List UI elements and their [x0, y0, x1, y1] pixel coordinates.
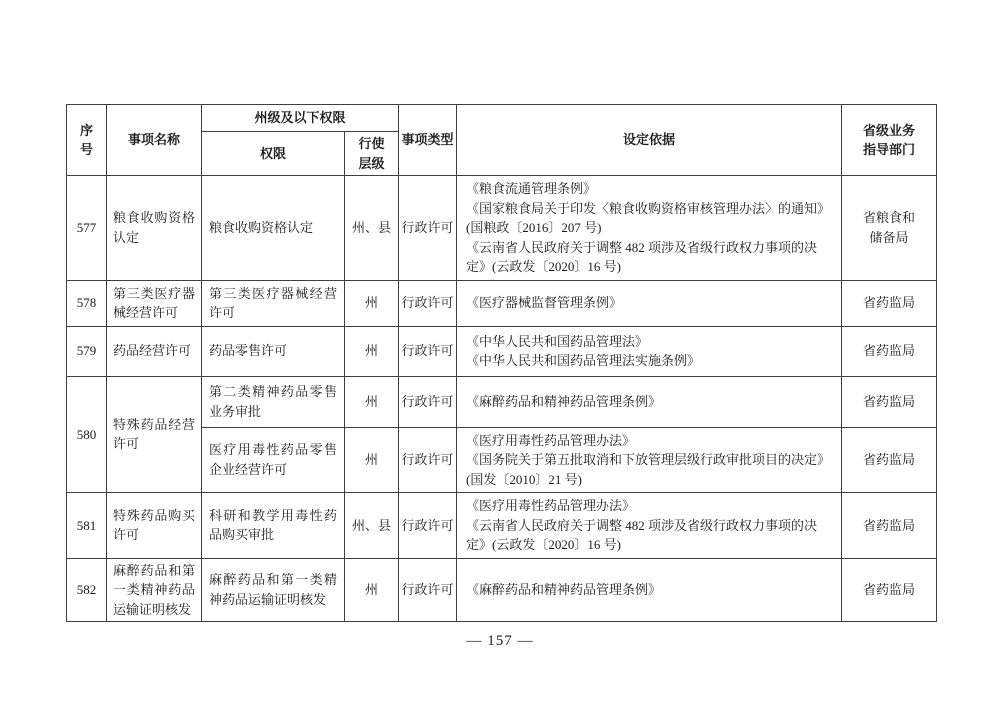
type-cell: 行政许可 — [399, 176, 457, 281]
basis-citation: 《国家粮食局关于印发〈粮食收购资格审核管理办法〉的通知》(国粮政〔2016〕20… — [466, 199, 832, 238]
basis-cell: 《粮食流通管理条例》《国家粮食局关于印发〈粮食收购资格审核管理办法〉的通知》(国… — [457, 176, 842, 281]
type-cell: 行政许可 — [399, 376, 457, 427]
page-number: — 157 — — [0, 633, 1000, 650]
item-name-cell: 特殊药品购买许可 — [107, 493, 202, 559]
department-cell: 省药监局 — [842, 427, 937, 493]
department-cell: 省粮食和 储备局 — [842, 176, 937, 281]
header-department: 省级业务 指导部门 — [842, 105, 937, 176]
basis-citation: 《中华人民共和国药品管理法实施条例》 — [466, 351, 832, 371]
department-cell: 省药监局 — [842, 558, 937, 622]
authority-cell: 第二类精神药品零售业务审批 — [202, 376, 345, 427]
authority-cell: 粮食收购资格认定 — [202, 176, 345, 281]
basis-cell: 《医疗用毒性药品管理办法》《云南省人民政府关于调整 482 项涉及省级行政权力事… — [457, 493, 842, 559]
header-exercise-level: 行使 层级 — [345, 132, 399, 176]
row-index-cell: 577 — [67, 176, 107, 281]
department-cell: 省药监局 — [842, 280, 937, 326]
item-name-cell: 第三类医疗器械经营许可 — [107, 280, 202, 326]
header-authority: 权限 — [202, 132, 345, 176]
authority-cell: 麻醉药品和第一类精神药品运输证明核发 — [202, 558, 345, 622]
type-cell: 行政许可 — [399, 326, 457, 376]
row-index-cell: 578 — [67, 280, 107, 326]
basis-cell: 《麻醉药品和精神药品管理条例》 — [457, 558, 842, 622]
table-row: 580特殊药品经营许可第二类精神药品零售业务审批州行政许可《麻醉药品和精神药品管… — [67, 376, 937, 427]
table-row: 577粮食收购资格认定粮食收购资格认定州、县行政许可《粮食流通管理条例》《国家粮… — [67, 176, 937, 281]
table-row: 578第三类医疗器械经营许可第三类医疗器械经营许可州行政许可《医疗器械监督管理条… — [67, 280, 937, 326]
level-cell: 州 — [345, 280, 399, 326]
basis-citation: 《麻醉药品和精神药品管理条例》 — [466, 392, 832, 412]
table-header: 序 号 事项名称 州级及以下权限 事项类型 设定依据 省级业务 指导部门 权限 … — [67, 105, 937, 176]
basis-citation: 《医疗用毒性药品管理办法》 — [466, 431, 832, 451]
header-item-name: 事项名称 — [107, 105, 202, 176]
department-cell: 省药监局 — [842, 376, 937, 427]
authority-items-table: 序 号 事项名称 州级及以下权限 事项类型 设定依据 省级业务 指导部门 权限 … — [66, 104, 937, 622]
header-index: 序 号 — [67, 105, 107, 176]
type-cell: 行政许可 — [399, 427, 457, 493]
authority-cell: 科研和教学用毒性药品购买审批 — [202, 493, 345, 559]
row-index-cell: 579 — [67, 326, 107, 376]
basis-citation: 《麻醉药品和精神药品管理条例》 — [466, 580, 832, 600]
document-page: 序 号 事项名称 州级及以下权限 事项类型 设定依据 省级业务 指导部门 权限 … — [0, 0, 1000, 707]
table-body: 577粮食收购资格认定粮食收购资格认定州、县行政许可《粮食流通管理条例》《国家粮… — [67, 176, 937, 622]
type-cell: 行政许可 — [399, 280, 457, 326]
header-item-type: 事项类型 — [399, 105, 457, 176]
level-cell: 州、县 — [345, 493, 399, 559]
basis-citation: 《云南省人民政府关于调整 482 项涉及省级行政权力事项的决定》(云政发〔202… — [466, 516, 832, 555]
level-cell: 州、县 — [345, 176, 399, 281]
basis-citation: 《粮食流通管理条例》 — [466, 179, 832, 199]
header-basis: 设定依据 — [457, 105, 842, 176]
level-cell: 州 — [345, 427, 399, 493]
item-name-cell: 粮食收购资格认定 — [107, 176, 202, 281]
header-authority-group: 州级及以下权限 — [202, 105, 399, 132]
table-row: 582麻醉药品和第一类精神药品运输证明核发麻醉药品和第一类精神药品运输证明核发州… — [67, 558, 937, 622]
authority-cell: 医疗用毒性药品零售企业经营许可 — [202, 427, 345, 493]
authority-cell: 第三类医疗器械经营许可 — [202, 280, 345, 326]
level-cell: 州 — [345, 558, 399, 622]
basis-citation: 《医疗用毒性药品管理办法》 — [466, 496, 832, 516]
type-cell: 行政许可 — [399, 558, 457, 622]
department-cell: 省药监局 — [842, 326, 937, 376]
row-index-cell: 581 — [67, 493, 107, 559]
department-cell: 省药监局 — [842, 493, 937, 559]
level-cell: 州 — [345, 326, 399, 376]
item-name-cell: 特殊药品经营许可 — [107, 376, 202, 493]
basis-citation: 《中华人民共和国药品管理法》 — [466, 332, 832, 352]
table-row: 579药品经营许可药品零售许可州行政许可《中华人民共和国药品管理法》《中华人民共… — [67, 326, 937, 376]
table-row: 581特殊药品购买许可科研和教学用毒性药品购买审批州、县行政许可《医疗用毒性药品… — [67, 493, 937, 559]
type-cell: 行政许可 — [399, 493, 457, 559]
row-index-cell: 582 — [67, 558, 107, 622]
basis-cell: 《麻醉药品和精神药品管理条例》 — [457, 376, 842, 427]
basis-citation: 《云南省人民政府关于调整 482 项涉及省级行政权力事项的决定》(云政发〔202… — [466, 238, 832, 277]
basis-cell: 《医疗器械监督管理条例》 — [457, 280, 842, 326]
level-cell: 州 — [345, 376, 399, 427]
basis-cell: 《中华人民共和国药品管理法》《中华人民共和国药品管理法实施条例》 — [457, 326, 842, 376]
item-name-cell: 药品经营许可 — [107, 326, 202, 376]
row-index-cell: 580 — [67, 376, 107, 493]
basis-citation: 《医疗器械监督管理条例》 — [466, 293, 832, 313]
authority-cell: 药品零售许可 — [202, 326, 345, 376]
item-name-cell: 麻醉药品和第一类精神药品运输证明核发 — [107, 558, 202, 622]
basis-citation: 《国务院关于第五批取消和下放管理层级行政审批项目的决定》(国发〔2010〕21 … — [466, 450, 832, 489]
basis-cell: 《医疗用毒性药品管理办法》《国务院关于第五批取消和下放管理层级行政审批项目的决定… — [457, 427, 842, 493]
header-row-1: 序 号 事项名称 州级及以下权限 事项类型 设定依据 省级业务 指导部门 — [67, 105, 937, 132]
